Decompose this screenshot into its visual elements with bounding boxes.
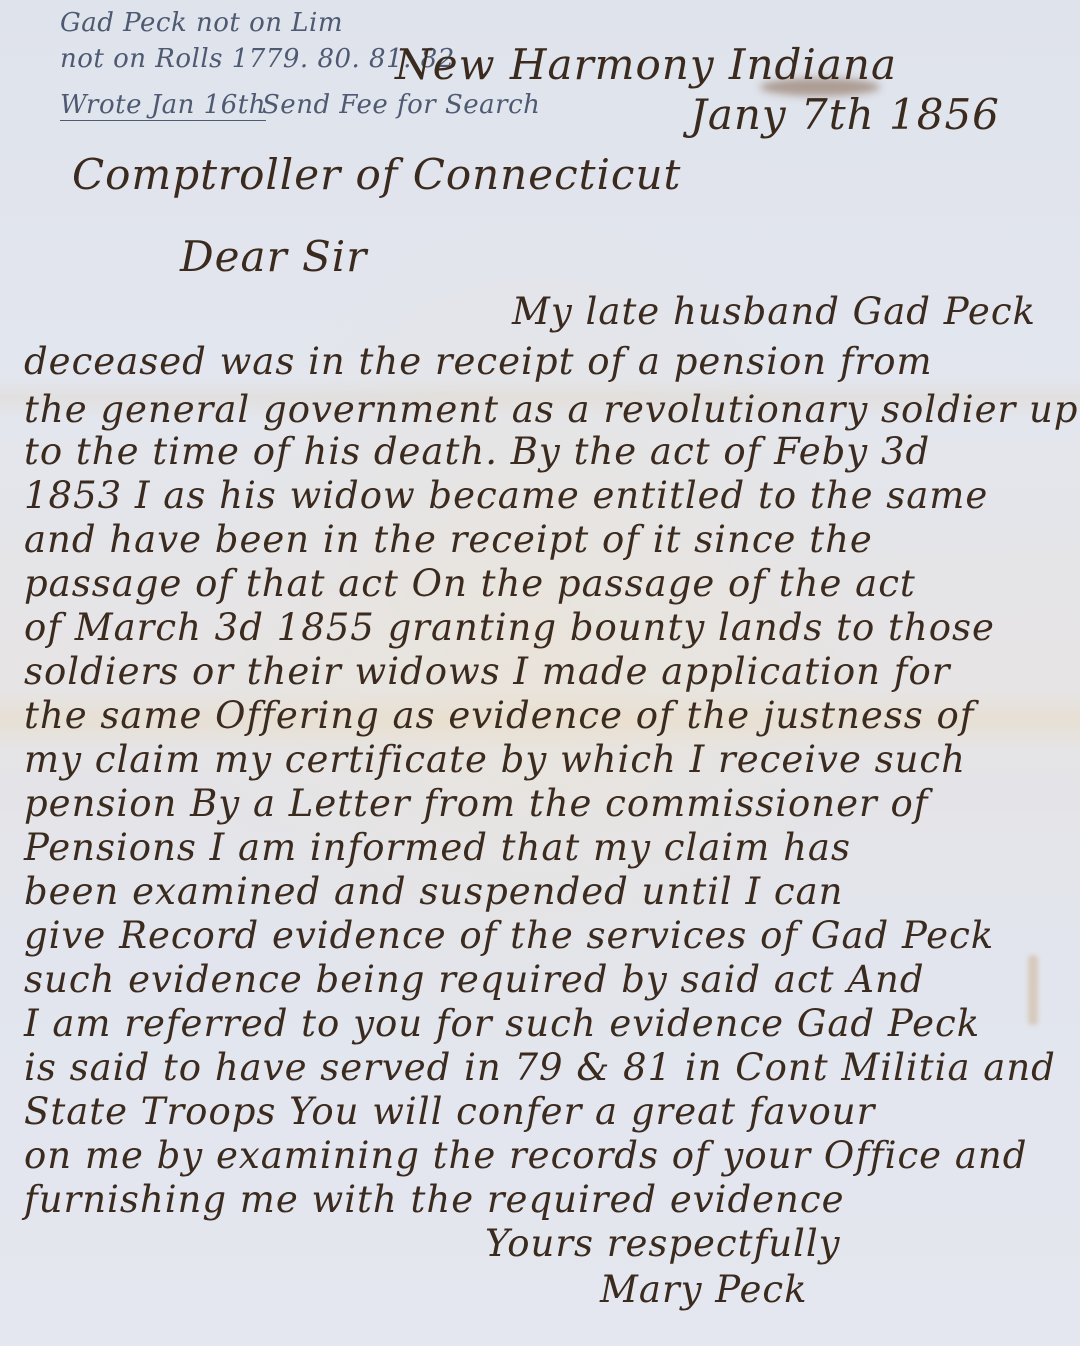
paper-stain <box>1028 955 1038 1025</box>
body-line: the general government as a revolutionar… <box>24 388 1078 431</box>
letter-date: Jany 7th 1856 <box>690 90 1000 139</box>
body-line: Pensions I am informed that my claim has <box>24 826 851 869</box>
body-line: State Troops You will confer a great fav… <box>24 1090 875 1133</box>
letter-signature: Mary Peck <box>600 1268 808 1311</box>
body-line: been examined and suspended until I can <box>24 870 844 913</box>
letter-valediction: Yours respectfully <box>485 1222 841 1265</box>
body-line: of March 3d 1855 granting bounty lands t… <box>24 606 995 649</box>
body-line: I am referred to you for such evidence G… <box>24 1002 980 1045</box>
body-line: is said to have served in 79 & 81 in Con… <box>24 1046 1056 1089</box>
body-line: My late husband Gad Peck <box>512 290 1036 333</box>
pencil-note-fee: Send Fee for Search <box>262 90 540 120</box>
body-line: passage of that act On the passage of th… <box>24 562 916 605</box>
body-line: furnishing me with the required evidence <box>24 1178 845 1221</box>
body-line: my claim my certificate by which I recei… <box>24 738 966 781</box>
body-line: to the time of his death. By the act of … <box>24 430 930 473</box>
body-line: deceased was in the receipt of a pension… <box>24 340 933 383</box>
body-line: 1853 I as his widow became entitled to t… <box>24 474 988 517</box>
body-line: pension By a Letter from the commissione… <box>24 782 928 825</box>
body-line: on me by examining the records of your O… <box>24 1134 1027 1177</box>
letter-salutation: Dear Sir <box>180 232 367 281</box>
body-line: the same Offering as evidence of the jus… <box>24 694 974 737</box>
body-line: give Record evidence of the services of … <box>24 914 994 957</box>
pencil-note-line1: Gad Peck not on Lim <box>60 8 343 38</box>
pencil-note-wrote: Wrote Jan 16th <box>60 90 266 121</box>
body-line: and have been in the receipt of it since… <box>24 518 873 561</box>
letter-page: Gad Peck not on Lim not on Rolls 1779. 8… <box>0 0 1080 1346</box>
letter-place: New Harmony Indiana <box>395 40 897 89</box>
body-line: such evidence being required by said act… <box>24 958 925 1001</box>
letter-addressee: Comptroller of Connecticut <box>72 150 681 199</box>
body-line: soldiers or their widows I made applicat… <box>24 650 950 693</box>
